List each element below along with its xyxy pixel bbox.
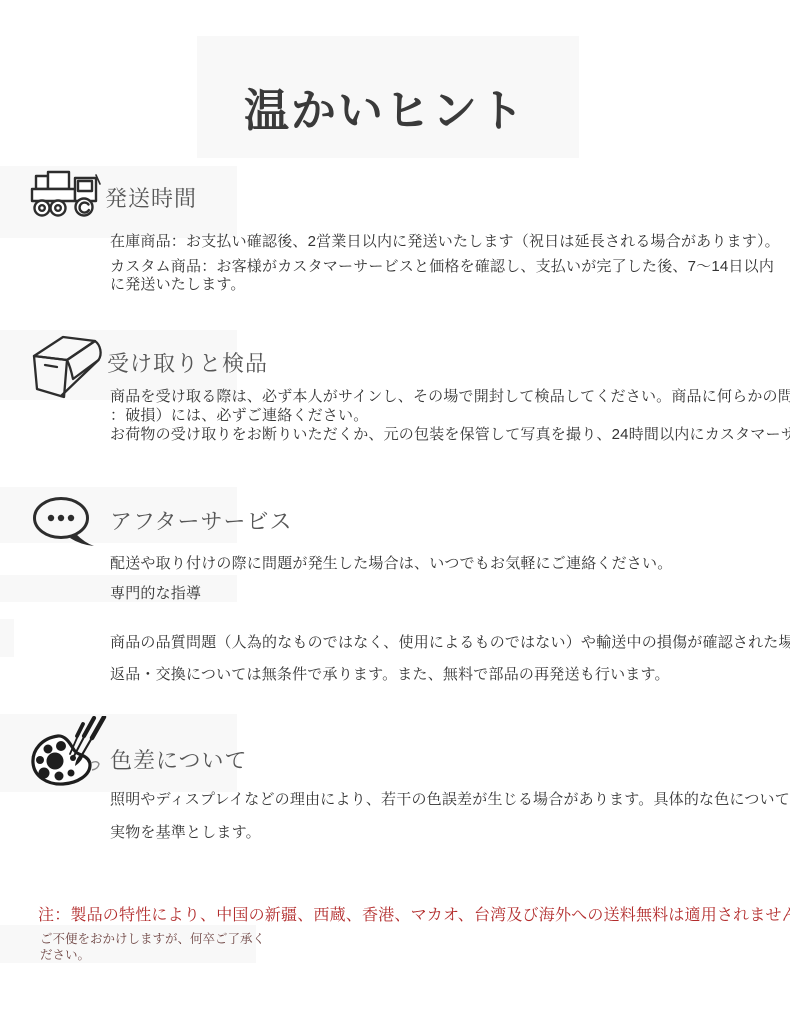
body-line: 配送や取り付けの際に問題が発生した場合は、いつでもお気軽にご連絡ください。 [110, 552, 672, 573]
background-patch [0, 619, 14, 657]
body-line: 商品の品質問題（人為的なものではなく、使用によるものではない）や輸送中の損傷が確… [110, 631, 790, 652]
page-title: 温かいヒント [0, 74, 780, 139]
body-line: 専門的な指導 [110, 582, 201, 603]
truck-icon [25, 170, 103, 218]
section-heading-color: 色差について [110, 744, 248, 775]
body-line: 照明やディスプレイなどの理由により、若干の色誤差が生じる場合があります。具体的な… [110, 788, 790, 809]
body-line: 商品を受け取る際は、必ず本人がサインし、その場で開封して検品してください。商品に… [110, 385, 790, 406]
body-line: ：破損）には、必ずご連絡ください。 [110, 404, 368, 425]
body-line: 返品・交換については無条件で承ります。また、無料で部品の再発送も行います。 [110, 663, 670, 684]
warm-hints-panel: 温かいヒント 発送時間 在庫商品：お支払い確認後、2営業日以内に発送いたします（… [0, 0, 790, 1015]
section-heading-after-service: アフターサービス [110, 505, 292, 536]
box-icon [30, 333, 104, 402]
body-line: お荷物の受け取りをお断りいただくか、元の包装を保管して写真を撮り、24時間以内に… [110, 423, 790, 444]
body-line: 実物を基準とします。 [110, 821, 261, 842]
palette-icon [28, 716, 111, 788]
body-line: に発送いたします。 [110, 273, 246, 294]
section-heading-shipping: 発送時間 [105, 182, 197, 213]
apology-note-line: ださい。 [40, 945, 90, 963]
chat-bubble-icon [30, 494, 100, 548]
section-heading-inspection: 受け取りと検品 [107, 347, 268, 378]
shipping-exclusion-note: 注：製品の特性により、中国の新疆、西蔵、香港、マカオ、台湾及び海外への送料無料は… [38, 902, 790, 925]
body-line: 在庫商品：お支払い確認後、2営業日以内に発送いたします（祝日は延長される場合があ… [110, 230, 780, 251]
